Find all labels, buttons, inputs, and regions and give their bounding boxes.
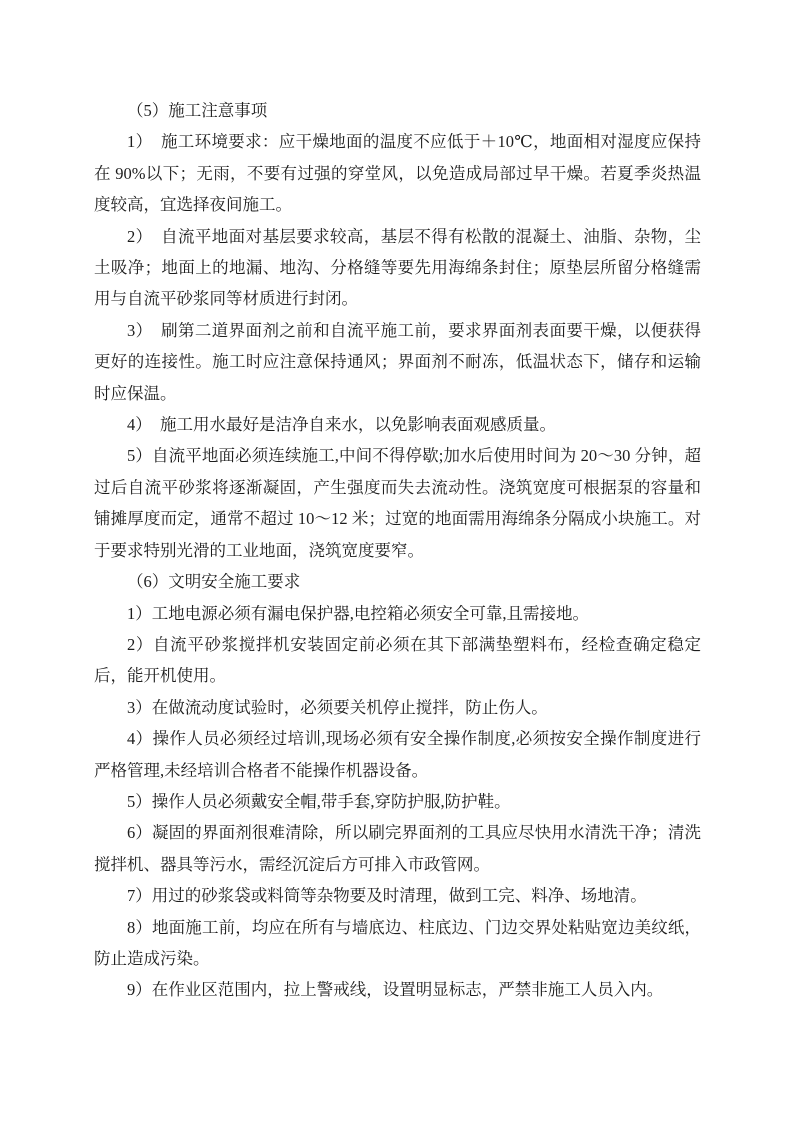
list-item: 7）用过的砂浆袋或料筒等杂物要及时清理，做到工完、料净、场地清。 — [94, 880, 701, 911]
section-civilized-safety-requirements: （6）文明安全施工要求 1）工地电源必须有漏电保护器,电控箱必须安全可靠,且需接… — [94, 566, 701, 1006]
document-body: （5）施工注意事项 1） 施工环境要求：应干燥地面的温度不应低于＋10℃，地面相… — [94, 95, 701, 1006]
list-item: 5）操作人员必须戴安全帽,带手套,穿防护服,防护鞋。 — [94, 786, 701, 817]
list-item: 2） 自流平地面对基层要求较高，基层不得有松散的混凝土、油脂、杂物，尘土吸净；地… — [94, 221, 701, 315]
list-item: 8）地面施工前，均应在所有与墙底边、柱底边、门边交界处粘贴宽边美纹纸，防止造成污… — [94, 912, 701, 975]
list-item: 6）凝固的界面剂很难清除，所以刷完界面剂的工具应尽快用水清洗干净；清洗搅拌机、器… — [94, 817, 701, 880]
list-item: 3）在做流动度试验时，必须要关机停止搅拌，防止伤人。 — [94, 692, 701, 723]
list-item: 5）自流平地面必须连续施工,中间不得停歇;加水后使用时间为 20～30 分钟，超… — [94, 440, 701, 566]
list-item: 1）工地电源必须有漏电保护器,电控箱必须安全可靠,且需接地。 — [94, 598, 701, 629]
list-item: 4） 施工用水最好是洁净自来水，以免影响表面观感质量。 — [94, 409, 701, 440]
list-item: 2）自流平砂浆搅拌机安装固定前必须在其下部满垫塑料布，经检查确定稳定后，能开机使… — [94, 629, 701, 692]
list-item: 1） 施工环境要求：应干燥地面的温度不应低于＋10℃，地面相对湿度应保持在 90… — [94, 126, 701, 220]
list-item: 4）操作人员必须经过培训,现场必须有安全操作制度,必须按安全操作制度进行严格管理… — [94, 723, 701, 786]
section-heading: （6）文明安全施工要求 — [94, 566, 701, 597]
list-item: 3） 刷第二道界面剂之前和自流平施工前，要求界面剂表面要干燥，以便获得更好的连接… — [94, 315, 701, 409]
section-heading: （5）施工注意事项 — [94, 95, 701, 126]
list-item: 9）在作业区范围内，拉上警戒线，设置明显标志，严禁非施工人员入内。 — [94, 974, 701, 1005]
document-page: （5）施工注意事项 1） 施工环境要求：应干燥地面的温度不应低于＋10℃，地面相… — [0, 0, 793, 1122]
section-construction-notes: （5）施工注意事项 1） 施工环境要求：应干燥地面的温度不应低于＋10℃，地面相… — [94, 95, 701, 566]
